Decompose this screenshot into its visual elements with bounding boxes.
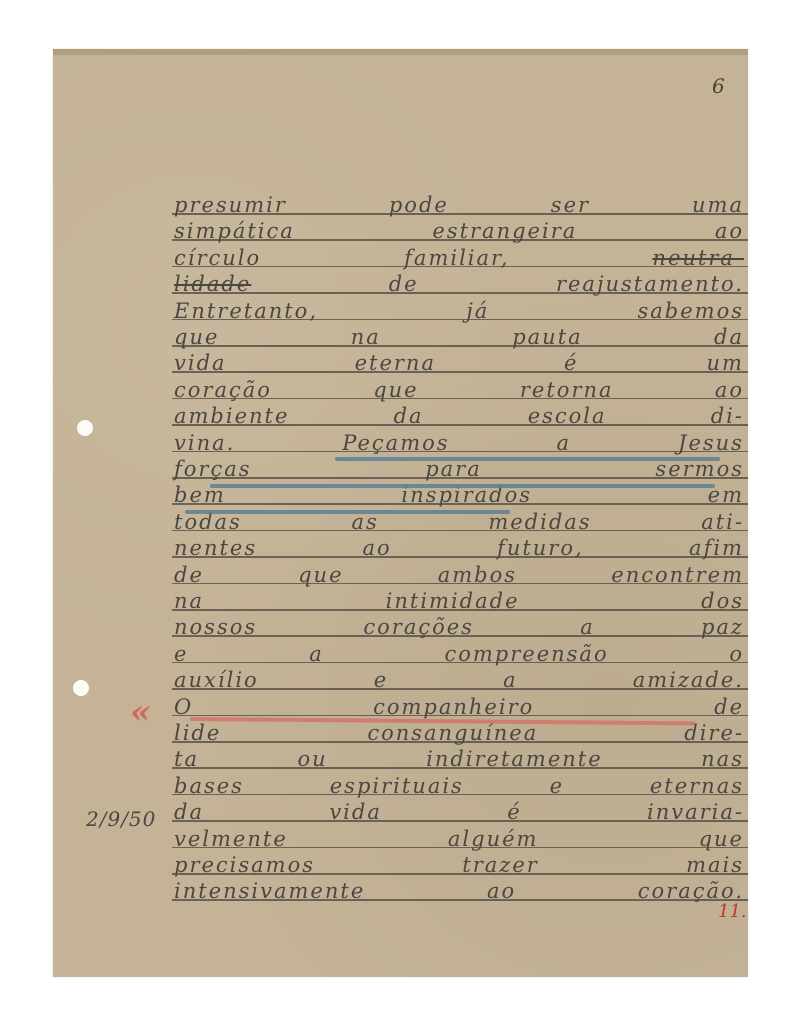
handwritten-word: ser	[551, 193, 590, 217]
handwritten-word: que	[298, 563, 343, 587]
handwritten-word: é	[564, 351, 578, 375]
handwritten-line: intensivamenteaocoração.	[174, 877, 744, 903]
handwritten-word: e	[374, 668, 388, 692]
handwritten-word: de	[174, 563, 204, 587]
handwritten-word: ta	[174, 747, 199, 771]
handwritten-word: a	[580, 615, 595, 639]
handwritten-word: amizade.	[633, 668, 744, 692]
handwritten-word: a	[557, 431, 572, 455]
handwritten-word: compreensão	[444, 642, 608, 666]
handwritten-line: coraçãoqueretornaao	[174, 376, 744, 402]
handwritten-word: pauta	[512, 325, 582, 349]
handwritten-line: velmentealguémque	[174, 825, 744, 851]
handwritten-line: lidadedereajustamento.	[174, 270, 744, 296]
handwritten-word: círculo	[174, 246, 261, 270]
handwritten-line: Entretanto,jásabemos	[174, 297, 744, 323]
punch-hole-lower	[73, 680, 89, 696]
handwritten-line: Ocompanheirode	[174, 693, 744, 719]
handwritten-word: e	[174, 642, 188, 666]
handwritten-word: bases	[174, 774, 244, 798]
handwritten-word: auxílio	[174, 668, 259, 692]
handwritten-word: ambiente	[174, 404, 289, 428]
handwritten-word: Peçamos	[342, 431, 449, 455]
handwritten-word: vina.	[174, 431, 235, 455]
handwritten-word: companheiro	[373, 695, 534, 719]
handwritten-word: reajustamento.	[556, 272, 744, 296]
handwritten-word: presumir	[174, 193, 287, 217]
handwritten-word: ao	[715, 219, 744, 243]
handwritten-word: indiretamente	[426, 747, 603, 771]
handwritten-line: vina.PeçamosaJesus	[174, 429, 744, 455]
handwritten-line: auxílioeaamizade.	[174, 666, 744, 692]
handwritten-word: afim	[689, 536, 744, 560]
handwritten-word: lidade	[174, 272, 251, 296]
handwritten-word: escola	[528, 404, 607, 428]
manuscript-page: 6 presumirpodeserumasimpáticaestrangeira…	[53, 49, 748, 977]
handwritten-line: presumirpodeseruma	[174, 191, 744, 217]
handwritten-word: uma	[692, 193, 744, 217]
handwritten-line: simpáticaestrangeiraao	[174, 217, 744, 243]
handwritten-word: é	[507, 800, 521, 824]
handwritten-word: na	[174, 589, 204, 613]
handwritten-word: ou	[297, 747, 327, 771]
handwritten-word: vida	[329, 800, 382, 824]
handwritten-word: de	[389, 272, 419, 296]
handwritten-word: Jesus	[678, 431, 744, 455]
handwritten-word: precisamos	[174, 853, 315, 877]
red-corner-mark: 11.	[718, 901, 747, 922]
handwritten-word: na	[351, 325, 381, 349]
handwritten-line: taouindiretamentenas	[174, 745, 744, 771]
handwritten-word: dos	[701, 589, 744, 613]
handwritten-word: um	[707, 351, 744, 375]
handwritten-word: ao	[487, 879, 516, 903]
handwritten-word: nas	[701, 747, 744, 771]
handwritten-word: eterna	[355, 351, 436, 375]
handwritten-line: davidaéinvaria-	[174, 798, 744, 824]
handwritten-line: vidaeternaéum	[174, 349, 744, 375]
handwritten-line: basesespirituaiseeternas	[174, 772, 744, 798]
handwritten-line: precisamostrazermais	[174, 851, 744, 877]
handwritten-word: paz	[701, 615, 744, 639]
handwritten-word: corações	[363, 615, 474, 639]
blue-underline-1	[335, 457, 720, 461]
handwritten-line: dequeambosencontrem	[174, 561, 744, 587]
handwritten-line: nossoscoraçõesapaz	[174, 613, 744, 639]
handwritten-word: espirituais	[330, 774, 464, 798]
handwritten-word: nossos	[174, 615, 257, 639]
handwritten-word: velmente	[174, 827, 288, 851]
handwritten-word: consanguínea	[367, 721, 538, 745]
handwritten-word: invaria-	[647, 800, 744, 824]
handwritten-word: intensivamente	[174, 879, 365, 903]
handwritten-line: ambientedaescoladi-	[174, 402, 744, 428]
handwritten-word: da	[394, 404, 424, 428]
handwritten-word: lide	[174, 721, 221, 745]
handwritten-word: eternas	[650, 774, 744, 798]
handwritten-word: que	[699, 827, 744, 851]
page-number: 6	[712, 74, 725, 98]
handwritten-line: nentesaofuturo,afim	[174, 534, 744, 560]
handwritten-word: ati-	[701, 510, 744, 534]
handwritten-word: vida	[174, 351, 227, 375]
handwritten-line: quenapautada	[174, 323, 744, 349]
handwritten-word: mais	[686, 853, 744, 877]
handwritten-word: que	[373, 378, 418, 402]
handwritten-word: familiar,	[404, 246, 509, 270]
handwritten-word: ao	[715, 378, 744, 402]
handwritten-word: o	[729, 642, 744, 666]
handwritten-word: a	[309, 642, 324, 666]
handwritten-word: neutra-	[652, 246, 744, 270]
handwritten-word: encontrem	[611, 563, 744, 587]
handwritten-word: simpática	[174, 219, 295, 243]
handwritten-word: de	[714, 695, 744, 719]
handwritten-word: nentes	[174, 536, 257, 560]
handwritten-word: intimidade	[386, 589, 520, 613]
blue-underline-2	[210, 484, 715, 488]
handwritten-word: Entretanto,	[174, 299, 318, 323]
handwritten-word: e	[550, 774, 564, 798]
blue-underline-3	[185, 510, 510, 514]
handwritten-word: O	[174, 695, 193, 719]
handwritten-word: retorna	[520, 378, 614, 402]
handwritten-word: já	[466, 299, 489, 323]
handwritten-line: círculofamiliar,neutra-	[174, 244, 744, 270]
handwritten-word: da	[174, 800, 204, 824]
punch-hole-upper	[77, 420, 93, 436]
handwritten-word: alguém	[448, 827, 539, 851]
handwritten-word: sabemos	[637, 299, 744, 323]
handwritten-line: eacompreensãoo	[174, 640, 744, 666]
handwritten-word: trazer	[462, 853, 539, 877]
handwritten-word: da	[714, 325, 744, 349]
handwritten-word: coração	[174, 378, 272, 402]
handwritten-word: ao	[363, 536, 392, 560]
handwritten-word: estrangeira	[432, 219, 577, 243]
handwritten-word: pode	[389, 193, 449, 217]
handwritten-word: forças	[174, 457, 252, 481]
red-quote-mark: «	[130, 695, 151, 729]
handwritten-word: coração.	[638, 879, 744, 903]
handwritten-word: futuro,	[497, 536, 584, 560]
handwritten-word: di-	[711, 404, 744, 428]
handwritten-word: que	[174, 325, 219, 349]
handwritten-word: a	[503, 668, 518, 692]
page-top-edge	[53, 49, 748, 55]
margin-date: 2/9/50	[86, 807, 156, 831]
handwritten-line: naintimidadedos	[174, 587, 744, 613]
handwritten-word: ambos	[438, 563, 517, 587]
